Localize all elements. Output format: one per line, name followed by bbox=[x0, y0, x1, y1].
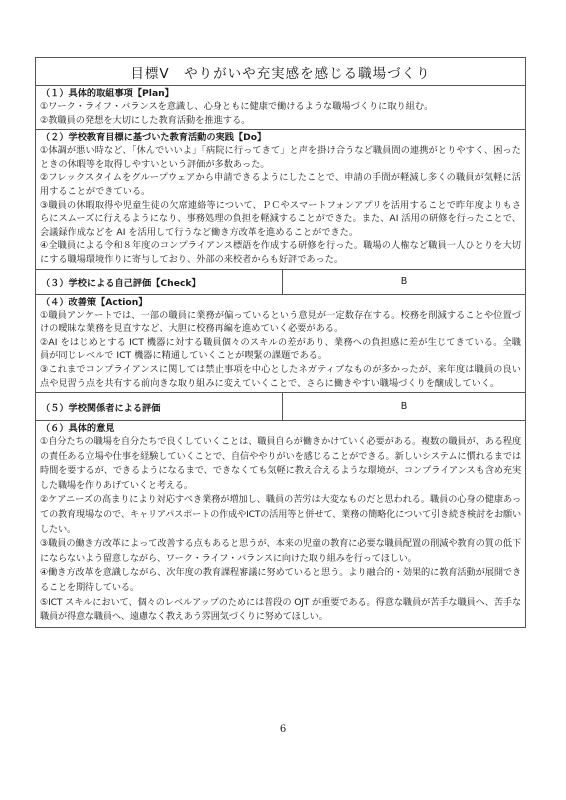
section-heading-action: （４）改善策【Action】 bbox=[40, 296, 521, 309]
section-do: （２）学校教育目標に基づいた教育活動の実践【Do】 ①体調が悪い時など、「休んで… bbox=[36, 129, 525, 268]
self-evaluation-grade: B bbox=[283, 270, 525, 294]
section-check: （３）学校による自己評価【Check】 B bbox=[36, 269, 525, 294]
section-heading-do: （２）学校教育目標に基づいた教育活動の実践【Do】 bbox=[40, 131, 521, 144]
section-heading-opinions: （６）具体的意見 bbox=[40, 422, 521, 435]
page-title-text: 目標Ⅴ やりがいや充実感を感じる職場づくり bbox=[130, 62, 430, 82]
page-title: 目標Ⅴ やりがいや充実感を感じる職場づくり bbox=[36, 58, 525, 85]
section-heading-plan: （１）具体的取組事項【Plan】 bbox=[40, 87, 521, 100]
opinion-item: ①自分たちの職場を自分たちで良くしていくことは、職員自らが働きかけていく必要があ… bbox=[40, 435, 521, 493]
page-number: 6 bbox=[0, 724, 566, 735]
opinion-item: ⑤ICT スキルにおいて、個々のレベルアップのためには普段の OJT が重要であ… bbox=[40, 596, 521, 625]
opinion-item: ③職員の働き方改革によって改善する点もあると思うが、本来の児童の教育に必要な職員… bbox=[40, 537, 521, 566]
do-item: ②フレックスタイムをグループウェアから申請できるようにしたことで、申請の手間が軽… bbox=[40, 171, 521, 198]
action-item: ①職員アンケートでは、一部の職員に業務が偏っているという意見が一定数存在する。校… bbox=[40, 309, 521, 336]
plan-item: ②教職員の発想を大切にした教育活動を推進する。 bbox=[40, 114, 521, 128]
evaluation-table: 目標Ⅴ やりがいや充実感を感じる職場づくり （１）具体的取組事項【Plan】 ①… bbox=[35, 57, 526, 628]
section-opinions: （６）具体的意見 ①自分たちの職場を自分たちで良くしていくことは、職員自らが働き… bbox=[36, 420, 525, 627]
section-action: （４）改善策【Action】 ①職員アンケートでは、一部の職員に業務が偏っている… bbox=[36, 294, 525, 393]
section-stakeholder-evaluation: （５）学校関係者による評価 B bbox=[36, 392, 525, 420]
do-item: ④全職員による令和８年度のコンプライアンス標語を作成する研修を行った。職場の人権… bbox=[40, 239, 521, 266]
action-item: ②AI をはじめとする ICT 機器に対する職員個々のスキルの差があり、業務への… bbox=[40, 336, 521, 363]
opinion-item: ④働き方改革を意識しながら、次年度の教育課程審議に努めていると思う。より融合的・… bbox=[40, 566, 521, 595]
stakeholder-evaluation-label: （５）学校関係者による評価 bbox=[36, 393, 283, 420]
stakeholder-evaluation-grade: B bbox=[283, 393, 525, 420]
do-item: ③職員の休暇取得や児童生徒の欠席連絡等について、ＰＣやスマートフォンアプリを活用… bbox=[40, 199, 521, 240]
self-evaluation-label: （３）学校による自己評価【Check】 bbox=[36, 270, 283, 294]
do-item: ①体調が悪い時など、「休んでいいよ」「病院に行ってきて」と声を掛け合うなど職員間… bbox=[40, 144, 521, 171]
plan-item: ①ワーク・ライフ・バランスを意識し、心身ともに健康で働けるような職場づくりに取り… bbox=[40, 100, 521, 114]
action-item: ③これまでコンプライアンスに関しては禁止事項を中心としたネガティブなものが多かっ… bbox=[40, 363, 521, 390]
section-plan: （１）具体的取組事項【Plan】 ①ワーク・ライフ・バランスを意識し、心身ともに… bbox=[36, 85, 525, 129]
opinion-item: ②ケアニーズの高まりにより対応すべき業務が増加し、職員の苦労は大変なものだと思わ… bbox=[40, 493, 521, 537]
